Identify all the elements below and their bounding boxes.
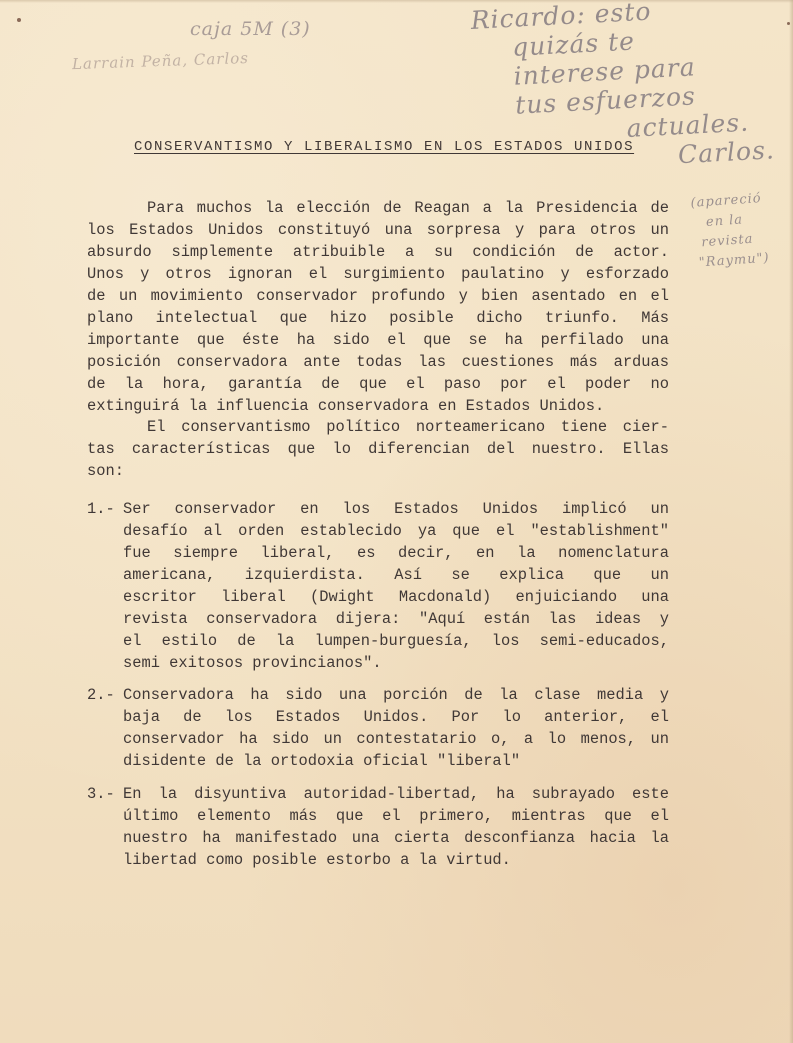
list-item-number: 1.- bbox=[87, 498, 115, 520]
page-right-edge bbox=[789, 0, 793, 1043]
list-item-2: 2.- Conservadora ha sido una porción de … bbox=[87, 684, 669, 772]
text-line: de la hora, garantía de que el paso por … bbox=[87, 373, 669, 395]
text-line: Unos y otros ignoran el surgimiento paul… bbox=[87, 263, 669, 285]
text-line: los Estados Unidos constituyó una sorpre… bbox=[87, 219, 669, 241]
text-line: último elemento más que el primero, mien… bbox=[123, 805, 669, 827]
text-line: Para muchos la elección de Reagan a la P… bbox=[87, 197, 669, 219]
text-line: libertad como posible estorbo a la virtu… bbox=[123, 849, 669, 871]
text-line: disidente de la ortodoxia oficial "liber… bbox=[123, 750, 669, 772]
text-line: de un movimiento conservador profundo y … bbox=[87, 285, 669, 307]
text-line: Conservadora ha sido una porción de la c… bbox=[123, 684, 669, 706]
text-line: baja de los Estados Unidos. Por lo anter… bbox=[123, 706, 669, 728]
list-item-number: 2.- bbox=[87, 684, 115, 706]
text-line: posición conservadora ante todas las cue… bbox=[87, 351, 669, 373]
text-line: importante que éste ha sido el que se ha… bbox=[87, 329, 669, 351]
text-line: Ser conservador en los Estados Unidos im… bbox=[123, 498, 669, 520]
text-line: tas características que lo diferencian d… bbox=[87, 438, 669, 460]
text-line: En la disyuntiva autoridad-libertad, ha … bbox=[123, 783, 669, 805]
paragraph-intro: Para muchos la elección de Reagan a la P… bbox=[87, 197, 669, 417]
document-title: CONSERVANTISMO Y LIBERALISMO EN LOS ESTA… bbox=[134, 139, 634, 155]
text-line: fue siempre liberal, es decir, en la nom… bbox=[123, 542, 669, 564]
text-line: revista conservadora dijera: "Aquí están… bbox=[123, 608, 669, 630]
margin-note-line: "Raymu") bbox=[694, 249, 770, 274]
text-line: el estilo de la lumpen-burguesía, los se… bbox=[123, 630, 669, 652]
text-line: nuestro ha manifestado una cierta descon… bbox=[123, 827, 669, 849]
text-line: escritor liberal (Dwight Macdonald) enju… bbox=[123, 586, 669, 608]
text-line: semi exitosos provincianos". bbox=[123, 652, 669, 674]
list-item-number: 3.- bbox=[87, 783, 115, 805]
paper-speck bbox=[17, 18, 21, 22]
text-line: El conservantismo político norteamerican… bbox=[87, 416, 669, 438]
scanned-document-page: caja 5M (3) Larrain Peña, Carlos Ricardo… bbox=[0, 0, 793, 1043]
text-line: plano intelectual que hizo posible dicho… bbox=[87, 307, 669, 329]
handwritten-margin-note: (apareció en la revista "Raymu") bbox=[690, 189, 770, 274]
list-item-3: 3.- En la disyuntiva autoridad-libertad,… bbox=[87, 783, 669, 871]
text-line: americana, izquierdista. Así se explica … bbox=[123, 564, 669, 586]
text-line: son: bbox=[87, 460, 669, 482]
text-line: desafío al orden establecido ya que el "… bbox=[123, 520, 669, 542]
list-item-1: 1.- Ser conservador en los Estados Unido… bbox=[87, 498, 669, 674]
handwritten-archive-label: caja 5M (3) bbox=[190, 18, 311, 40]
paper-speck bbox=[787, 22, 790, 25]
text-line: conservador ha sido un contestatario o, … bbox=[123, 728, 669, 750]
text-line: extinguirá la influencia conservadora en… bbox=[87, 395, 669, 417]
handwritten-author-label: Larrain Peña, Carlos bbox=[72, 49, 249, 73]
text-line: absurdo simplemente atribuible a su cond… bbox=[87, 241, 669, 263]
paragraph-characteristics: El conservantismo político norteamerican… bbox=[87, 416, 669, 482]
